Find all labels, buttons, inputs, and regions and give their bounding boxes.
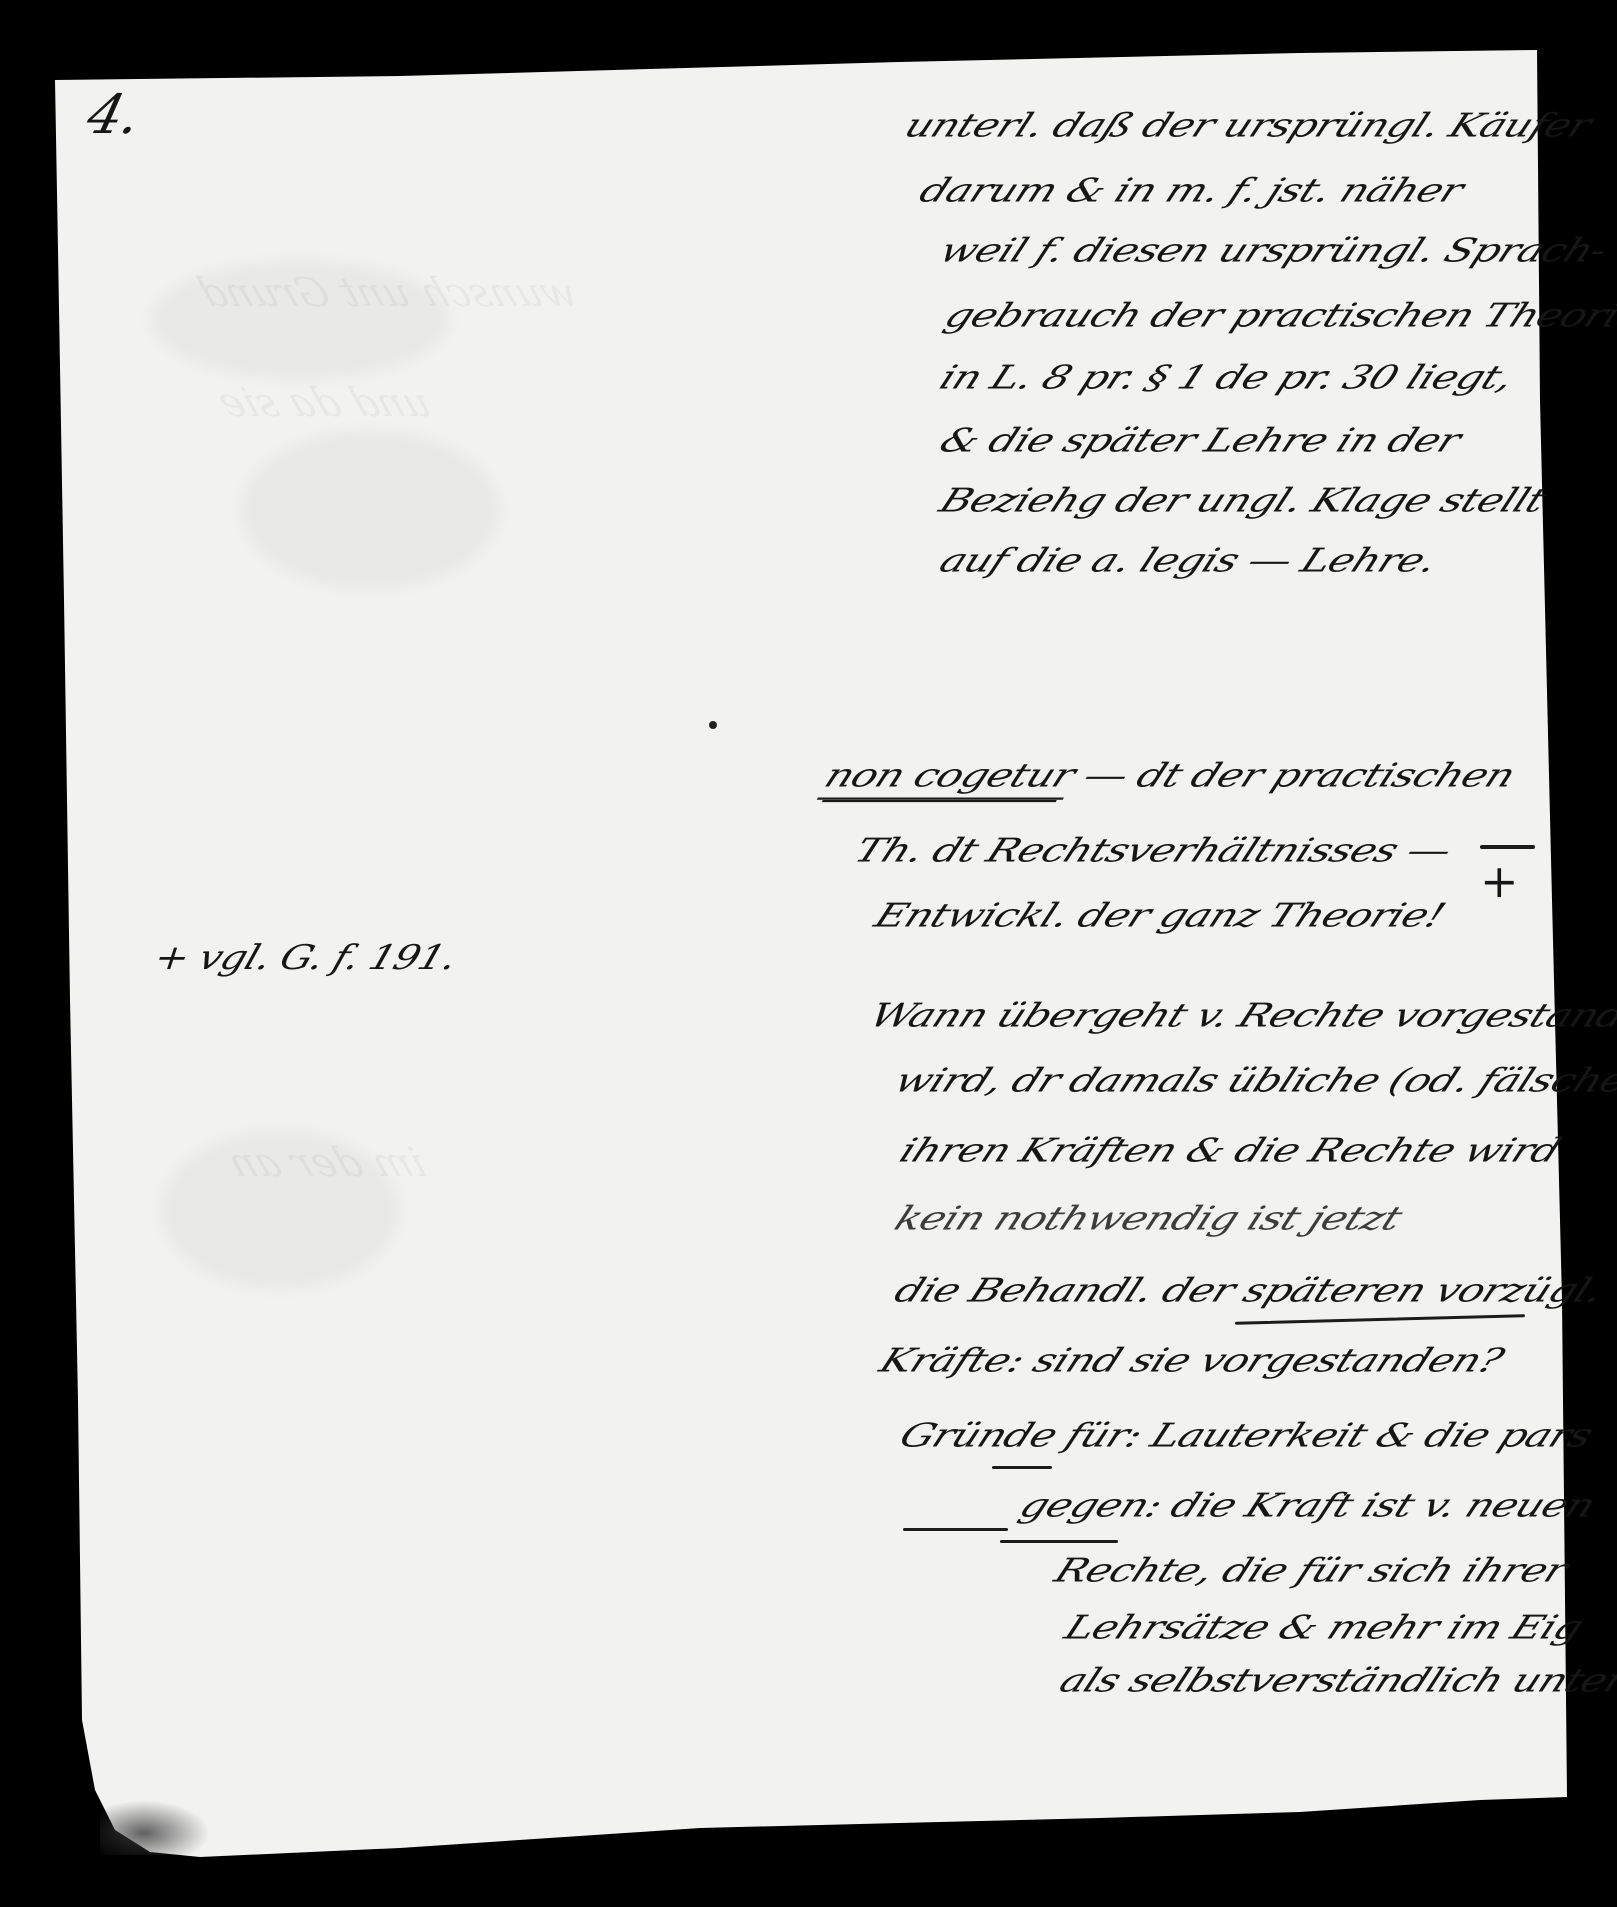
heading-line: non cogetur — dt der practischen	[820, 759, 1519, 792]
text-line: Gründe für: Lauterkeit & die pars	[895, 1419, 1597, 1452]
bleed-through-text: und da sie	[212, 380, 438, 426]
text-line: Wann übergeht v. Rechte vorgestanden	[865, 999, 1617, 1032]
text-line: ihren Kräften & die Rechte wird	[895, 1134, 1565, 1167]
text-line: unterl. daß der ursprüngl. Käufer	[900, 109, 1596, 142]
heading-rest: dt der practischen	[1131, 756, 1521, 794]
text-line: auf die a. legis — Lehre.	[935, 544, 1441, 577]
bleed-through-text: wunsch unt Grund	[192, 270, 584, 316]
text-line: gegen: die Kraft ist v. neuen	[1015, 1489, 1600, 1522]
long-dash-mark	[903, 1528, 1008, 1531]
text-line: wird, dr damals übliche (od. fälschen	[890, 1064, 1617, 1097]
torn-corner	[100, 1800, 210, 1855]
text-line: Beziehg der ungl. Klage stellt	[935, 484, 1550, 517]
text-line: weil f. diesen ursprüngl. Sprach-	[935, 234, 1611, 267]
text-line: & die später Lehre in der	[935, 424, 1465, 457]
text-line: in L. 8 pr. § 1 de pr. 30 liegt,	[935, 361, 1518, 394]
text-line: darum & in m. f. jst. näher	[915, 174, 1468, 207]
underline-fur	[992, 1466, 1052, 1469]
text-line: die Behandl. der späteren vorzügl.	[890, 1274, 1607, 1307]
text-line: gebrauch der practischen Theorie	[940, 299, 1617, 332]
heading-dash: —	[1078, 756, 1134, 794]
text-line: kein nothwendig ist jetzt	[890, 1202, 1406, 1235]
underline-gegen	[1000, 1540, 1118, 1543]
text-line: als selbstverständlich unter-	[1055, 1664, 1617, 1697]
ink-dot	[709, 721, 717, 729]
margin-dash-mark	[1480, 845, 1535, 849]
bleed-through-text: im der an	[222, 1140, 433, 1186]
margin-plus-mark: +	[1480, 858, 1518, 904]
heading-non-cogetur: non cogetur	[817, 756, 1081, 800]
text-line: Rechte, die für sich ihrer	[1050, 1554, 1572, 1587]
paper-stain	[240, 430, 500, 590]
text-line: Lehrsätze & mehr im Eig	[1060, 1611, 1587, 1644]
text-line: Entwickl. der ganz Theorie!	[870, 899, 1449, 932]
margin-note: + vgl. G. f. 191.	[150, 941, 461, 975]
text-line: Kräfte: sind sie vorgestanden?	[875, 1344, 1508, 1377]
text-line: Th. dt Rechtsverhältnisses —	[850, 834, 1456, 867]
